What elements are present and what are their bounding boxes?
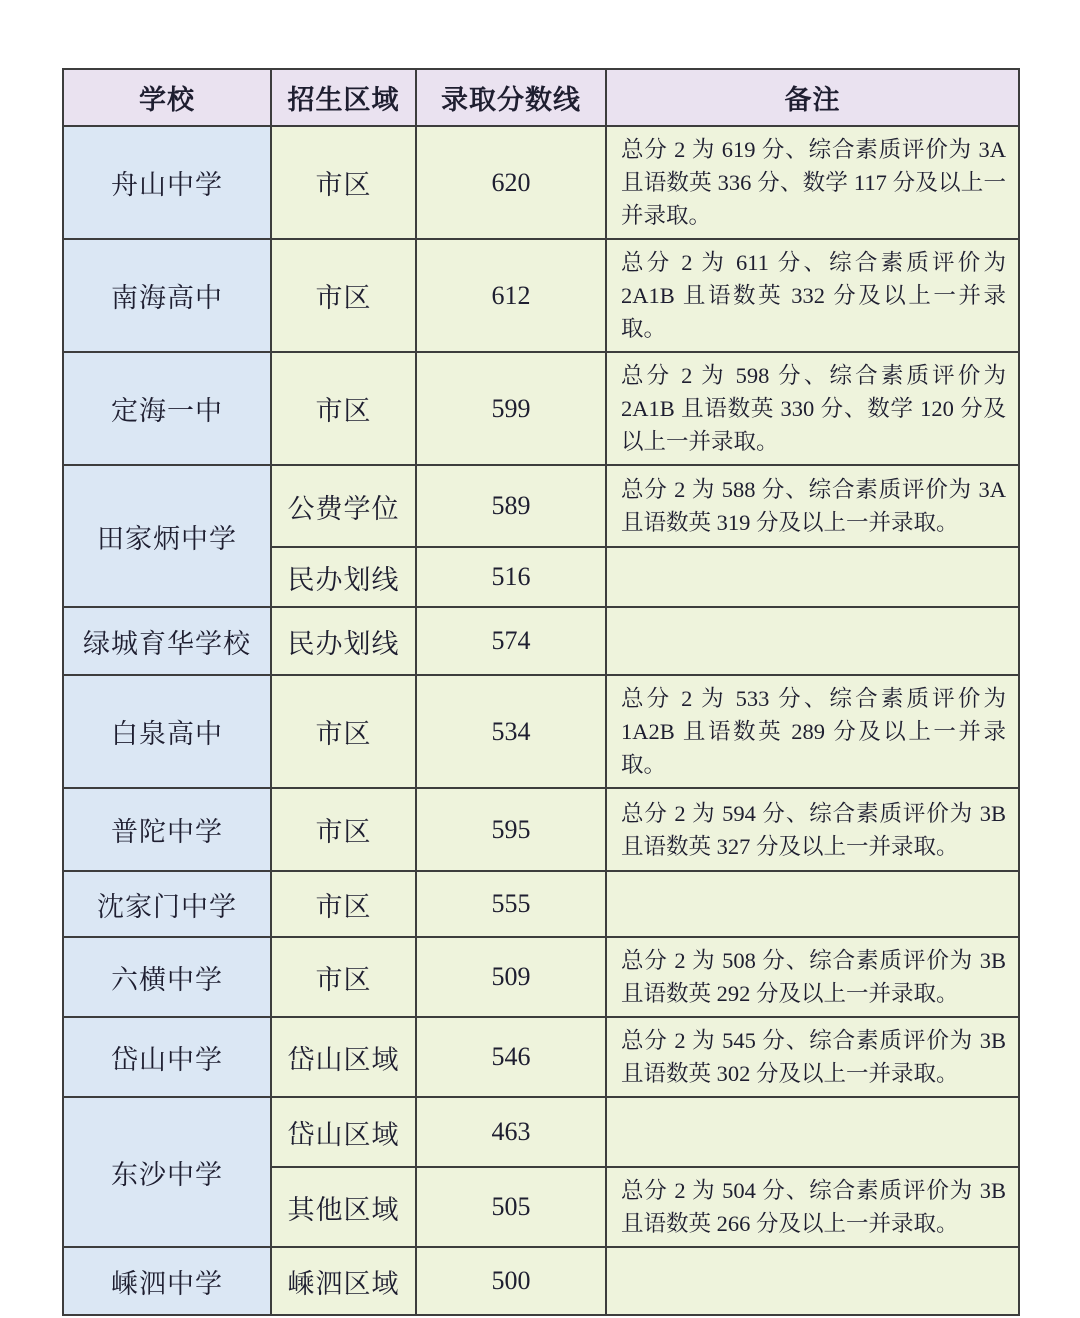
- remark-cell: [606, 1247, 1019, 1315]
- admission-scores-table: 学校 招生区域 录取分数线 备注 舟山中学 市区 620 总分 2 为 619 …: [62, 68, 1020, 1316]
- remark-cell: 总分 2 为 545 分、综合素质评价为 3B 且语数英 302 分及以上一并录…: [606, 1017, 1019, 1097]
- remark-cell: 总分 2 为 504 分、综合素质评价为 3B 且语数英 266 分及以上一并录…: [606, 1167, 1019, 1247]
- table-row: 普陀中学 市区 595 总分 2 为 594 分、综合素质评价为 3B 且语数英…: [63, 788, 1019, 871]
- remark-cell: 总分 2 为 598 分、综合素质评价为 2A1B 且语数英 330 分、数学 …: [606, 352, 1019, 465]
- region-cell: 民办划线: [271, 607, 416, 675]
- school-cell: 南海高中: [63, 239, 271, 352]
- remark-cell: 总分 2 为 594 分、综合素质评价为 3B 且语数英 327 分及以上一并录…: [606, 788, 1019, 871]
- region-cell: 市区: [271, 675, 416, 788]
- score-cell: 505: [416, 1167, 606, 1247]
- header-cell-school: 学校: [63, 69, 271, 126]
- region-cell: 岱山区域: [271, 1017, 416, 1097]
- table-row: 南海高中 市区 612 总分 2 为 611 分、综合素质评价为 2A1B 且语…: [63, 239, 1019, 352]
- table-row: 岱山中学 岱山区域 546 总分 2 为 545 分、综合素质评价为 3B 且语…: [63, 1017, 1019, 1097]
- score-cell: 509: [416, 937, 606, 1017]
- region-cell: 岱山区域: [271, 1097, 416, 1167]
- score-cell: 555: [416, 871, 606, 937]
- region-cell: 市区: [271, 937, 416, 1017]
- score-cell: 599: [416, 352, 606, 465]
- header-cell-region: 招生区域: [271, 69, 416, 126]
- page: 学校 招生区域 录取分数线 备注 舟山中学 市区 620 总分 2 为 619 …: [0, 0, 1080, 1318]
- region-cell: 公费学位: [271, 465, 416, 547]
- school-cell: 六横中学: [63, 937, 271, 1017]
- school-cell: 绿城育华学校: [63, 607, 271, 675]
- remark-cell: [606, 871, 1019, 937]
- school-cell: 舟山中学: [63, 126, 271, 239]
- region-cell: 市区: [271, 352, 416, 465]
- table-row: 嵊泗中学 嵊泗区域 500: [63, 1247, 1019, 1315]
- school-cell: 岱山中学: [63, 1017, 271, 1097]
- region-cell: 其他区域: [271, 1167, 416, 1247]
- score-cell: 500: [416, 1247, 606, 1315]
- school-cell-merged: 田家炳中学: [63, 465, 271, 607]
- school-cell: 嵊泗中学: [63, 1247, 271, 1315]
- remark-cell: [606, 547, 1019, 607]
- score-cell: 595: [416, 788, 606, 871]
- region-cell: 民办划线: [271, 547, 416, 607]
- school-cell: 定海一中: [63, 352, 271, 465]
- score-cell: 516: [416, 547, 606, 607]
- score-cell: 620: [416, 126, 606, 239]
- header-cell-score: 录取分数线: [416, 69, 606, 126]
- score-cell: 546: [416, 1017, 606, 1097]
- remark-cell: [606, 1097, 1019, 1167]
- remark-cell: 总分 2 为 508 分、综合素质评价为 3B 且语数英 292 分及以上一并录…: [606, 937, 1019, 1017]
- table-row: 白泉高中 市区 534 总分 2 为 533 分、综合素质评价为 1A2B 且语…: [63, 675, 1019, 788]
- school-cell: 普陀中学: [63, 788, 271, 871]
- score-cell: 612: [416, 239, 606, 352]
- school-cell-merged: 东沙中学: [63, 1097, 271, 1247]
- region-cell: 市区: [271, 871, 416, 937]
- remark-cell: 总分 2 为 533 分、综合素质评价为 1A2B 且语数英 289 分及以上一…: [606, 675, 1019, 788]
- table-row: 舟山中学 市区 620 总分 2 为 619 分、综合素质评价为 3A 且语数英…: [63, 126, 1019, 239]
- header-cell-remark: 备注: [606, 69, 1019, 126]
- region-cell: 市区: [271, 788, 416, 871]
- score-cell: 574: [416, 607, 606, 675]
- region-cell: 嵊泗区域: [271, 1247, 416, 1315]
- score-cell: 589: [416, 465, 606, 547]
- table-row: 沈家门中学 市区 555: [63, 871, 1019, 937]
- remark-cell: 总分 2 为 588 分、综合素质评价为 3A 且语数英 319 分及以上一并录…: [606, 465, 1019, 547]
- remark-cell: 总分 2 为 611 分、综合素质评价为 2A1B 且语数英 332 分及以上一…: [606, 239, 1019, 352]
- school-cell: 沈家门中学: [63, 871, 271, 937]
- region-cell: 市区: [271, 126, 416, 239]
- school-cell: 白泉高中: [63, 675, 271, 788]
- table-row: 田家炳中学 公费学位 589 总分 2 为 588 分、综合素质评价为 3A 且…: [63, 465, 1019, 547]
- table-row: 六横中学 市区 509 总分 2 为 508 分、综合素质评价为 3B 且语数英…: [63, 937, 1019, 1017]
- remark-cell: 总分 2 为 619 分、综合素质评价为 3A 且语数英 336 分、数学 11…: [606, 126, 1019, 239]
- score-cell: 534: [416, 675, 606, 788]
- table-header-row: 学校 招生区域 录取分数线 备注: [63, 69, 1019, 126]
- table-row: 东沙中学 岱山区域 463: [63, 1097, 1019, 1167]
- region-cell: 市区: [271, 239, 416, 352]
- remark-cell: [606, 607, 1019, 675]
- score-cell: 463: [416, 1097, 606, 1167]
- table-row: 绿城育华学校 民办划线 574: [63, 607, 1019, 675]
- table-row: 定海一中 市区 599 总分 2 为 598 分、综合素质评价为 2A1B 且语…: [63, 352, 1019, 465]
